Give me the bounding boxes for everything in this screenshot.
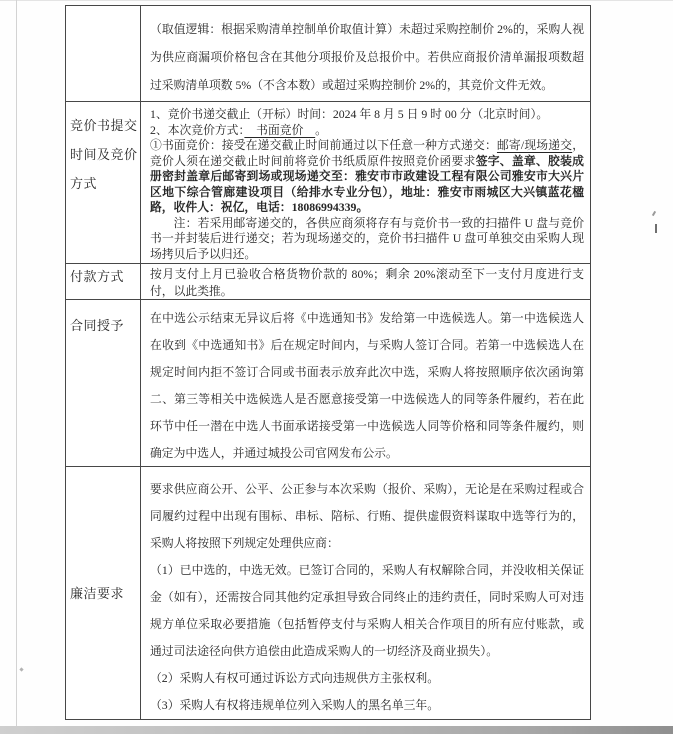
row-label-integrity: 廉洁要求	[66, 467, 141, 719]
submission-deadline-line: 1、竞价书递交截止（开标）时间：2024 年 8 月 5 日 9 时 00 分（…	[150, 107, 584, 123]
integrity-paragraph-intro: 要求供应商公开、公平、公正参与本次采购（报价、采购），无论是在采购过程或合同履约…	[150, 476, 584, 557]
scan-mark	[655, 224, 657, 233]
table-row-contract-award: 合同授予 在中选公示结束无异议后将《中选通知书》发给第一中选候选人。第一中选候选…	[66, 299, 590, 466]
scanned-document-page: （取值逻辑：根据采购清单控制单价取值计算）未超过采购控制价 2%的，采购人视为供…	[0, 0, 673, 734]
payment-text-cell: 按月支付上月已验收合格货物价款的 80%；剩余 20%滚动至下一支付月度进行支付…	[141, 264, 590, 299]
payment-paragraph: 按月支付上月已验收合格货物价款的 80%；剩余 20%滚动至下一支付月度进行支付…	[150, 266, 584, 299]
submission-text-cell: 1、竞价书递交截止（开标）时间：2024 年 8 月 5 日 9 时 00 分（…	[141, 102, 590, 263]
scan-mark	[19, 667, 23, 671]
bidding-method-value: 书面竞价	[244, 123, 315, 137]
row-label-submission: 竞价书提交时间及竞价方式	[66, 102, 141, 263]
scan-edge-bottom-shadow	[0, 726, 673, 734]
scan-edge-left	[16, 0, 17, 726]
procurement-terms-table: （取值逻辑：根据采购清单控制单价取值计算）未超过采购控制价 2%的，采购人视为供…	[65, 5, 591, 720]
contract-award-paragraph: 在中选公示结束无异议后将《中选通知书》发给第一中选候选人。第一中选候选人在收到《…	[150, 305, 584, 466]
contract-award-text-cell: 在中选公示结束无异议后将《中选通知书》发给第一中选候选人。第一中选候选人在收到《…	[141, 300, 590, 466]
row-label-empty	[66, 6, 141, 101]
table-row-submission: 竞价书提交时间及竞价方式 1、竞价书递交截止（开标）时间：2024 年 8 月 …	[66, 101, 590, 263]
integrity-paragraph-1: （1）已中选的，中选无效。已签订合同的，采购人有权解除合同，并没收相关保证金（如…	[150, 557, 584, 665]
delivery-method-underlined: 邮寄/现场递交	[497, 138, 572, 152]
row-label-payment: 付款方式	[66, 264, 141, 299]
scan-edge-top	[0, 0, 673, 1]
price-logic-text-cell: （取值逻辑：根据采购清单控制单价取值计算）未超过采购控制价 2%的，采购人视为供…	[141, 6, 590, 101]
integrity-text-cell: 要求供应商公开、公平、公正参与本次采购（报价、采购），无论是在采购过程或合同履约…	[141, 467, 590, 719]
note-paragraph: 注：若采用邮寄递交的，各供应商须将存有与竞价书一致的扫描件 U 盘与竞价书一并封…	[150, 216, 584, 263]
table-row-integrity: 廉洁要求 要求供应商公开、公平、公正参与本次采购（报价、采购），无论是在采购过程…	[66, 466, 590, 719]
bidding-method-line: 2、本次竞价方式： 书面竞价 。	[150, 123, 584, 139]
bidding-method-prefix: 2、本次竞价方式：	[150, 123, 244, 137]
row-label-contract-award: 合同授予	[66, 300, 141, 466]
scan-mark	[652, 211, 656, 216]
delivery-instructions-paragraph: ①书面竞价：接受在递交截止时间前通过以下任意一种方式递交：邮寄/现场递交，竞价人…	[150, 138, 584, 216]
integrity-paragraph-2: （2）采购人有权可通过诉讼方式向违规供方主张权利。	[150, 665, 584, 692]
bidding-method-suffix: 。	[315, 123, 327, 137]
delivery-lead: ①书面竞价：接受在递交截止时间前通过以下任意一种方式递交：	[150, 138, 497, 152]
table-row-payment: 付款方式 按月支付上月已验收合格货物价款的 80%；剩余 20%滚动至下一支付月…	[66, 263, 590, 299]
price-logic-paragraph: （取值逻辑：根据采购清单控制单价取值计算）未超过采购控制价 2%的，采购人视为供…	[150, 15, 584, 99]
table-row-price-logic: （取值逻辑：根据采购清单控制单价取值计算）未超过采购控制价 2%的，采购人视为供…	[66, 6, 590, 101]
integrity-paragraph-3: （3）采购人有权将违规单位列入采购人的黑名单三年。	[150, 692, 584, 719]
